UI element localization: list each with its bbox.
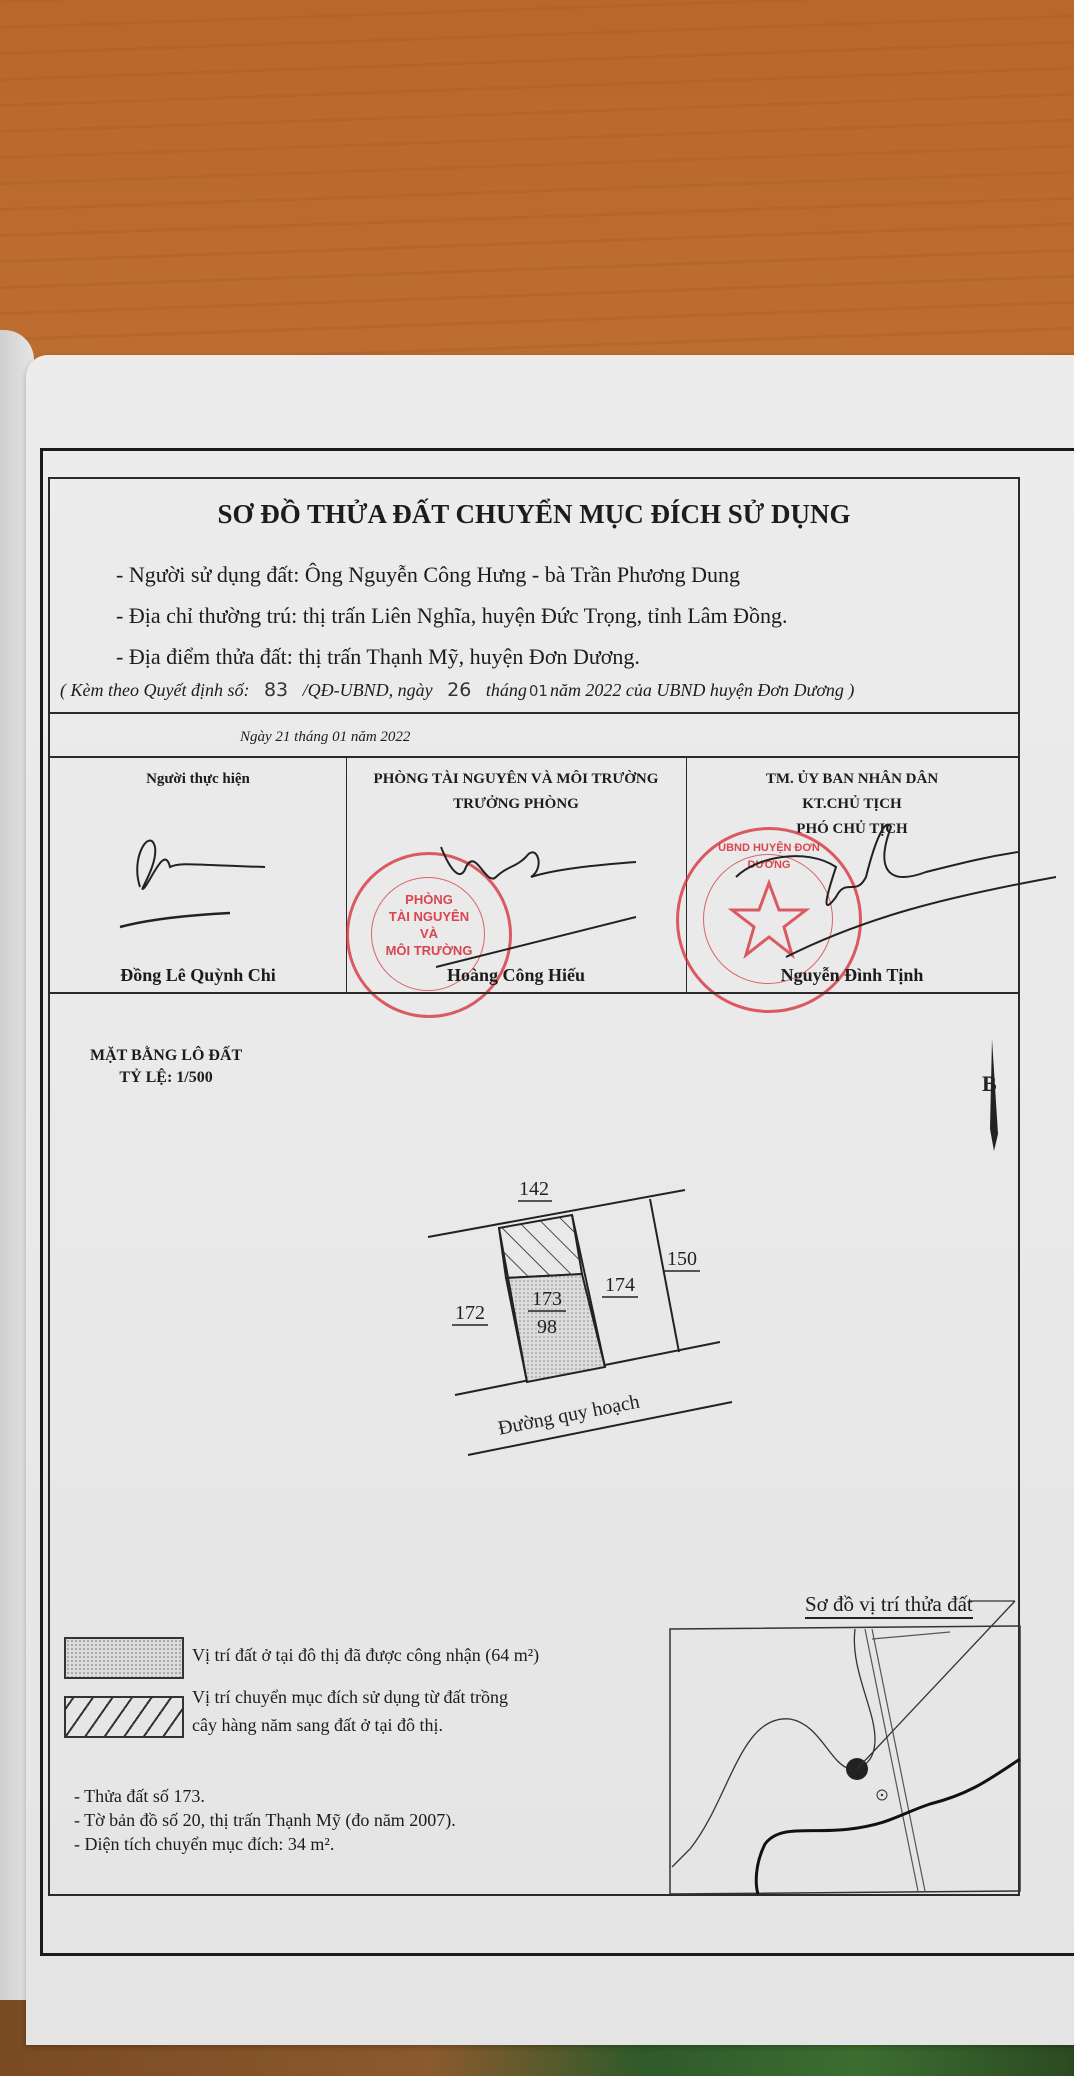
signer-title: TRƯỞNG PHÒNG [346, 792, 686, 817]
signature-department: PHÒNG TÀI NGUYÊN VÀ MÔI TRƯỜNG TRƯỞNG PH… [346, 757, 686, 992]
handwritten-signature [110, 827, 310, 927]
plan-scale: TỶ LỆ: 1/500 [90, 1067, 242, 1089]
signer-name: Nguyễn Đình Tịnh [686, 965, 1018, 986]
parcel-number-subject: 173 [532, 1288, 562, 1310]
location-map [670, 1629, 1020, 1894]
fact-map-sheet: - Tờ bản đồ số 20, thị trấn Thạnh Mỹ (đo… [74, 1808, 456, 1832]
parcel-label-far-east: 150 [667, 1248, 697, 1270]
parcel-facts: - Thửa đất số 173. - Tờ bản đồ số 20, th… [74, 1784, 456, 1856]
handwritten-signature [436, 837, 696, 967]
parcel-plan-diagram: 142 172 173 98 174 150 Đường quy hoạch [410, 1159, 730, 1439]
wooden-table [0, 0, 1074, 370]
divider [50, 992, 1018, 994]
signer-name: Hoàng Công Hiếu [346, 965, 686, 986]
parcel-area-subject: 98 [537, 1316, 557, 1338]
parcel-label-east: 174 [605, 1274, 635, 1296]
signature-heading: PHÒNG TÀI NGUYÊN VÀ MÔI TRƯỜNG TRƯỞNG PH… [346, 767, 686, 817]
parcel-location-line: - Địa điểm thửa đất: thị trấn Thạnh Mỹ, … [116, 644, 640, 670]
document-title: SƠ ĐỒ THỬA ĐẤT CHUYỂN MỤC ĐÍCH SỬ DỤNG [50, 499, 1018, 530]
road-label: Đường quy hoạch [496, 1391, 641, 1440]
legend-line: Vị trí chuyển mục đích sử dụng từ đất tr… [192, 1683, 508, 1711]
committee-name: TM. ỦY BAN NHÂN DÂN [686, 767, 1018, 792]
legend-swatch-hatched [64, 1696, 184, 1738]
signer-title: KT.CHỦ TỊCH [686, 792, 1018, 817]
document-frame: SƠ ĐỒ THỬA ĐẤT CHUYỂN MỤC ĐÍCH SỬ DỤNG -… [48, 477, 1020, 1896]
plan-title: MẶT BẰNG LÔ ĐẤT [90, 1045, 242, 1067]
date-line: Ngày 21 tháng 01 năm 2022 [240, 729, 410, 746]
fact-converted-area: - Diện tích chuyển mục đích: 34 m². [74, 1832, 456, 1856]
handwritten-signature [726, 817, 1026, 977]
signature-heading: Người thực hiện [50, 767, 346, 792]
divider [50, 712, 1018, 714]
department-name: PHÒNG TÀI NGUYÊN VÀ MÔI TRƯỜNG [346, 767, 686, 792]
decision-month: 01 [529, 682, 548, 700]
svg-text:B: B [982, 1071, 997, 1096]
parcel-label-north: 142 [519, 1178, 549, 1200]
signature-performer: Người thực hiện Đồng Lê Quỳnh Chi [50, 757, 346, 992]
land-user-line: - Người sử dụng đất: Ông Nguyễn Công Hưn… [116, 562, 740, 588]
north-arrow-icon: B [980, 1039, 1010, 1154]
decision-middle: /QĐ-UBND, ngày [303, 680, 433, 700]
legend-swatch-dotted [64, 1637, 184, 1679]
fact-parcel-number: - Thửa đất số 173. [74, 1784, 456, 1808]
decision-reference: ( Kèm theo Quyết định số: 83 /QĐ-UBND, n… [60, 679, 854, 701]
address-line: - Địa chỉ thường trú: thị trấn Liên Nghĩ… [116, 603, 788, 629]
signature-committee: TM. ỦY BAN NHÂN DÂN KT.CHỦ TỊCH PHÓ CHỦ … [686, 757, 1018, 992]
decision-month-label: tháng [486, 680, 527, 700]
plan-heading: MẶT BẰNG LÔ ĐẤT TỶ LỆ: 1/500 [90, 1045, 242, 1089]
parcel-label-west: 172 [455, 1302, 485, 1324]
decision-number: 83 [264, 679, 288, 701]
decision-prefix: ( Kèm theo Quyết định số: [60, 680, 249, 700]
location-map-title: Sơ đồ vị trí thửa đất [805, 1591, 973, 1619]
legend-line: cây hàng năm sang đất ở tại đô thị. [192, 1711, 508, 1739]
legend-text-dotted: Vị trí đất ở tại đô thị đã được công nhậ… [192, 1641, 539, 1669]
decision-suffix: năm 2022 của UBND huyện Đơn Dương ) [550, 680, 855, 700]
signer-name: Đồng Lê Quỳnh Chi [50, 965, 346, 986]
legend-text-hatched: Vị trí chuyển mục đích sử dụng từ đất tr… [192, 1683, 508, 1739]
decision-day: 26 [447, 679, 471, 701]
